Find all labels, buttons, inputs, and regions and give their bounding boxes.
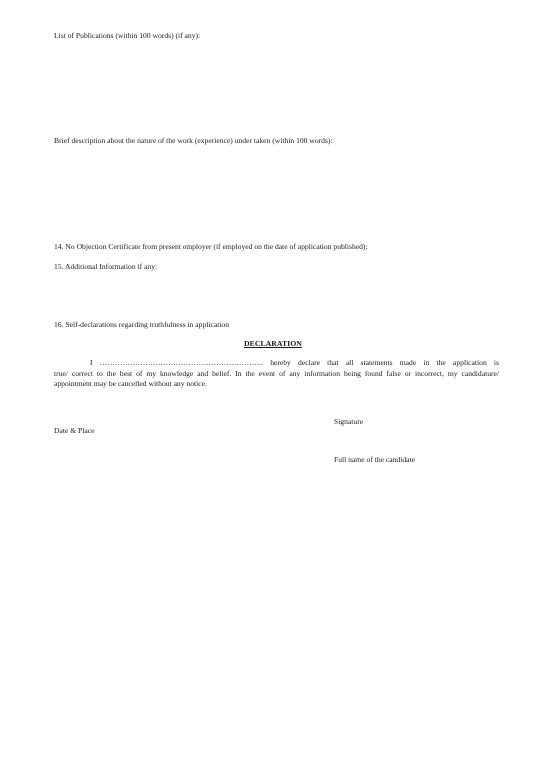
declaration-heading: DECLARATION [244, 339, 302, 349]
declaration-paragraph: I ……………………………………………………….. hereby declare… [54, 358, 499, 390]
item-15-additional-info-label: 15. Additional Information if any: [54, 262, 157, 272]
declaration-line-2: true/ correct to the best of my knowledg… [54, 369, 499, 380]
item-14-noc-label: 14. No Objection Certificate from presen… [54, 242, 368, 252]
item-16-self-declaration-label: 16. Self-declarations regarding truthful… [54, 320, 229, 330]
experience-label: Brief description about the nature of th… [54, 136, 333, 146]
declaration-line-1: I ……………………………………………………….. hereby declare… [54, 358, 499, 369]
date-place-label: Date & Place [54, 426, 94, 436]
full-name-label: Full name of the candidate [334, 455, 415, 465]
declaration-line-3: appointment may be cancelled without any… [54, 379, 499, 390]
publications-label: List of Publications (within 100 words) … [54, 31, 200, 41]
signature-label: Signature [334, 417, 363, 427]
